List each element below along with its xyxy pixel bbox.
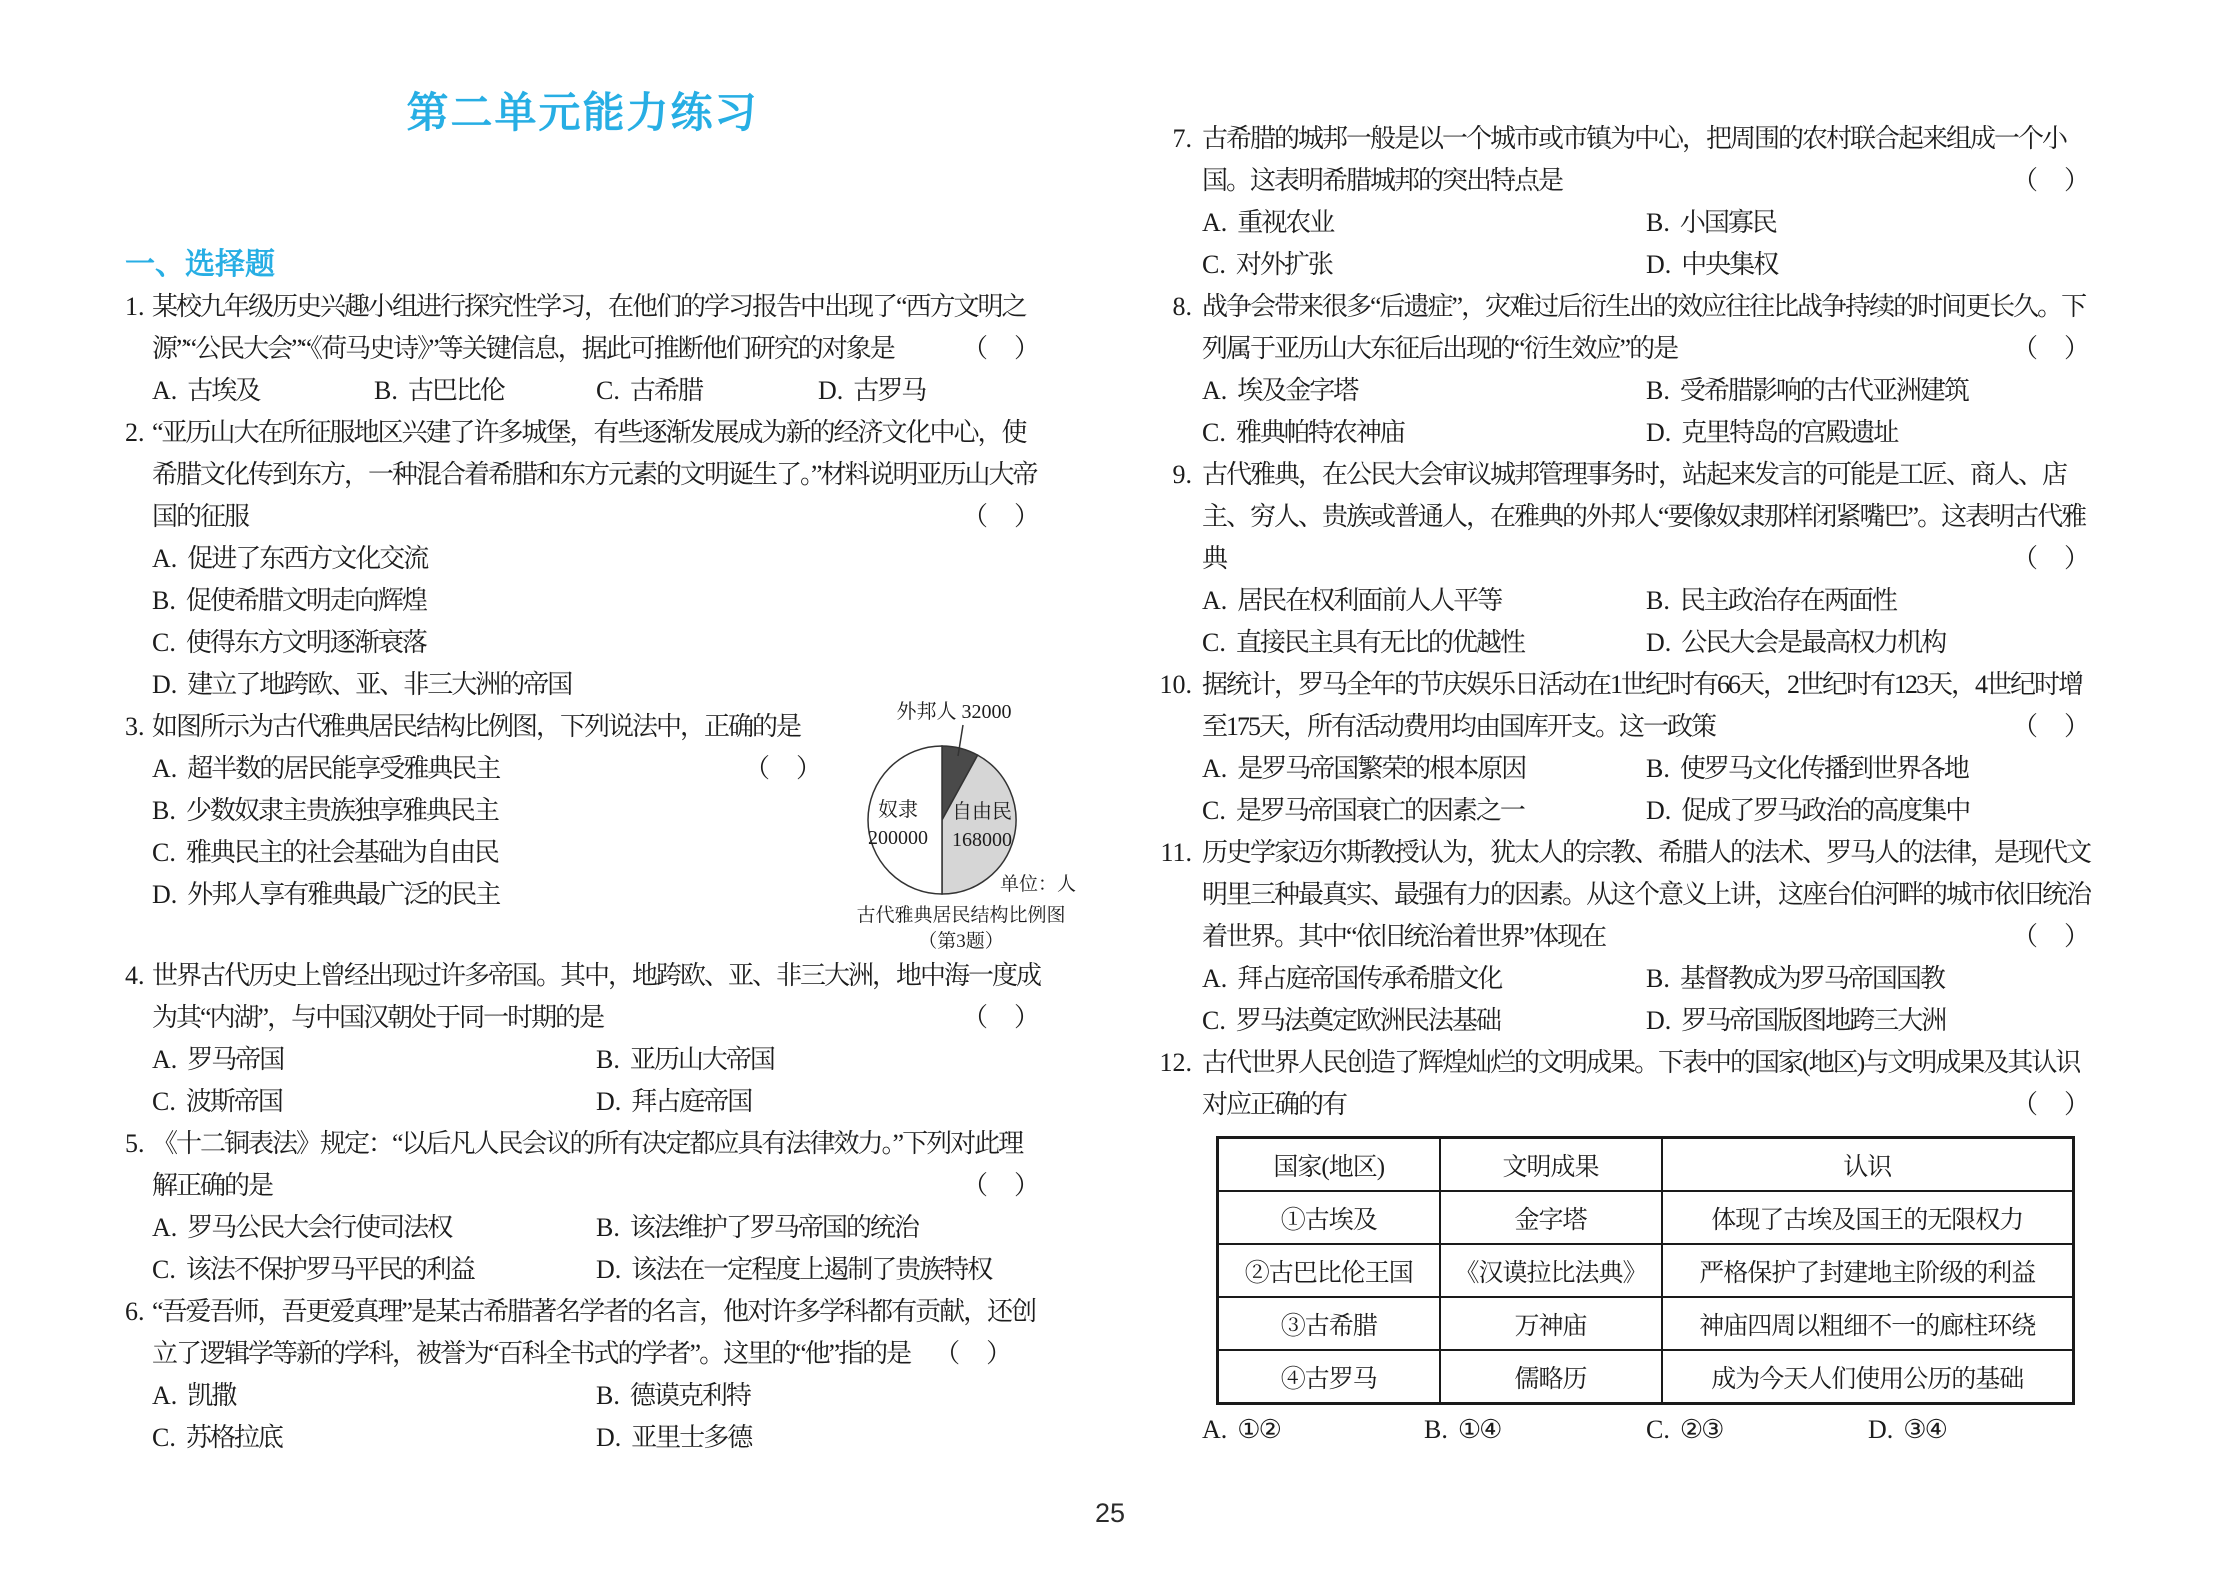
option-label: A. <box>1202 1415 1227 1444</box>
answer-bracket: （ ） <box>2012 1084 2090 1126</box>
option-11-A: A.拜占庭帝国传承希腊文化 <box>1202 958 1646 1000</box>
question-stem: 历史学家迈尔斯教授认为，犹太人的宗教、希腊人的法术、罗马人的法律，是现代文明里三… <box>1202 832 2090 958</box>
option-text: 基督教成为罗马帝国国教 <box>1680 964 1944 993</box>
question-body: “吾爱吾师，吾更爱真理”是某古希腊著名学者的名言，他对许多学科都有贡献，还创立了… <box>152 1291 1040 1459</box>
option-text: ②③ <box>1680 1415 1723 1444</box>
answer-bracket: （ ） <box>2012 916 2090 958</box>
table-cell: 神庙四周以粗细不一的廊柱环绕 <box>1662 1297 2074 1350</box>
question-number: 12. <box>1150 1042 1202 1451</box>
question-stem-text: 古代世界人民创造了辉煌灿烂的文明成果。下表中的国家(地区)与文明成果及其认识对应… <box>1202 1048 2079 1119</box>
option-text: 罗马帝国版图地跨三大洲 <box>1681 1006 1945 1035</box>
option-text: 克里特岛的宫殿遗址 <box>1681 418 1897 447</box>
option-label: B. <box>152 586 176 615</box>
question-stem-text: “亚历山大在所征服地区兴建了许多城堡，有些逐渐发展成为新的经济文化中心，使希腊文… <box>152 418 1037 531</box>
option-text: 雅典民主的社会基础为自由民 <box>186 838 498 867</box>
options-group: A.超半数的居民能享受雅典民主B.少数奴隶主贵族独享雅典民主C.雅典民主的社会基… <box>152 748 744 916</box>
option-7-C: C.对外扩张 <box>1202 244 1646 286</box>
answer-bracket: （ ） <box>2012 328 2090 370</box>
athens-population-figure: 外邦人 32000奴隶200000自由民168000单位：人古代雅典居民结构比例… <box>836 698 1086 955</box>
option-text: 使得东方文明逐渐衰落 <box>186 628 426 657</box>
option-text: 建立了地跨欧、亚、非三大洲的帝国 <box>187 670 571 699</box>
option-11-C: C.罗马法奠定欧洲民法基础 <box>1202 1000 1646 1042</box>
question-5: 5.《十二铜表法》规定：“以后凡人民会议的所有决定都应具有法律效力。”下列对此理… <box>125 1123 1040 1291</box>
option-12-C: C.②③ <box>1646 1409 1868 1451</box>
option-5-A: A.罗马公民大会行使司法权 <box>152 1207 596 1249</box>
option-label: A. <box>152 754 177 783</box>
answer-bracket: （ ） <box>962 1165 1040 1207</box>
option-label: B. <box>1646 208 1670 237</box>
option-text: 中央集权 <box>1681 250 1777 279</box>
option-label: D. <box>818 376 843 405</box>
question-stem-text: 某校九年级历史兴趣小组进行探究性学习，在他们的学习报告中出现了“西方文明之源”“… <box>152 292 1026 363</box>
option-label: B. <box>1646 754 1670 783</box>
option-6-C: C.苏格拉底 <box>152 1417 596 1459</box>
pie-chart: 外邦人 32000奴隶200000自由民168000单位：人 <box>836 698 1086 898</box>
question-number: 9. <box>1150 454 1202 664</box>
question-stem: 某校九年级历史兴趣小组进行探究性学习，在他们的学习报告中出现了“西方文明之源”“… <box>152 286 1040 370</box>
option-10-C: C.是罗马帝国衰亡的因素之一 <box>1202 790 1646 832</box>
question-stem-text: 《十二铜表法》规定：“以后凡人民会议的所有决定都应具有法律效力。”下列对此理解正… <box>152 1129 1022 1200</box>
option-text: 外邦人享有雅典最广泛的民主 <box>187 880 499 909</box>
option-label: A. <box>152 376 177 405</box>
worksheet-page: 第二单元能力练习 一、选择题 1.某校九年级历史兴趣小组进行探究性学习，在他们的… <box>0 0 2220 1571</box>
option-text: 罗马法奠定欧洲民法基础 <box>1236 1006 1500 1035</box>
option-10-B: B.使罗马文化传播到世界各地 <box>1646 748 2090 790</box>
option-label: D. <box>1868 1415 1893 1444</box>
question-10: 10.据统计，罗马全年的节庆娱乐日活动在1世纪时有66天，2世纪时有123天，4… <box>1150 664 2090 832</box>
option-label: B. <box>1646 586 1670 615</box>
option-text: 促进了东西方文化交流 <box>187 544 427 573</box>
option-8-B: B.受希腊影响的古代亚洲建筑 <box>1646 370 2090 412</box>
options-group: A.埃及金字塔B.受希腊影响的古代亚洲建筑C.雅典帕特农神庙D.克里特岛的宫殿遗… <box>1202 370 2090 454</box>
option-label: B. <box>596 1381 620 1410</box>
option-text: 波斯帝国 <box>186 1087 282 1116</box>
option-label: D. <box>1646 796 1671 825</box>
option-1-A: A.古埃及 <box>152 370 374 412</box>
option-2-C: C.使得东方文明逐渐衰落 <box>152 622 1040 664</box>
option-text: 古希腊 <box>630 376 702 405</box>
table-cell: 儒略历 <box>1440 1350 1662 1404</box>
options-group: A.①②B.①④C.②③D.③④ <box>1202 1409 2090 1451</box>
option-label: D. <box>596 1255 621 1284</box>
option-7-B: B.小国寡民 <box>1646 202 2090 244</box>
answer-bracket: （ ） <box>962 997 1040 1039</box>
option-label: D. <box>596 1423 621 1452</box>
pie-value-slaves: 200000 <box>868 827 928 849</box>
option-label: C. <box>152 1087 176 1116</box>
option-5-B: B.该法维护了罗马帝国的统治 <box>596 1207 1040 1249</box>
question-body: 古代雅典，在公民大会审议城邦管理事务时，站起来发言的可能是工匠、商人、店主、穷人… <box>1202 454 2090 664</box>
option-8-D: D.克里特岛的宫殿遗址 <box>1646 412 2090 454</box>
option-text: 对外扩张 <box>1236 250 1332 279</box>
option-10-A: A.是罗马帝国繁荣的根本原因 <box>1202 748 1646 790</box>
option-3-D: D.外邦人享有雅典最广泛的民主 <box>152 874 744 916</box>
question-body: 据统计，罗马全年的节庆娱乐日活动在1世纪时有66天，2世纪时有123天，4世纪时… <box>1202 664 2090 832</box>
option-label: A. <box>152 1213 177 1242</box>
pie-outside-label: 外邦人 32000 <box>897 700 1012 723</box>
question-number: 8. <box>1150 286 1202 454</box>
option-text: ①④ <box>1458 1415 1501 1444</box>
question-stem: 古希腊的城邦一般是以一个城市或市镇为中心，把周围的农村联合起来组成一个小国。这表… <box>1202 118 2090 202</box>
questions-left: 1.某校九年级历史兴趣小组进行探究性学习，在他们的学习报告中出现了“西方文明之源… <box>125 286 1040 1459</box>
question-stem: “吾爱吾师，吾更爱真理”是某古希腊著名学者的名言，他对许多学科都有贡献，还创立了… <box>152 1291 1040 1375</box>
question-stem: 《十二铜表法》规定：“以后凡人民会议的所有决定都应具有法律效力。”下列对此理解正… <box>152 1123 1040 1207</box>
table-cell: 万神庙 <box>1440 1297 1662 1350</box>
pie-value-free-citizens: 168000 <box>952 829 1012 851</box>
answer-bracket: （ ） <box>962 496 1040 538</box>
question-number: 1. <box>125 286 152 412</box>
question-stem-text: 历史学家迈尔斯教授认为，犹太人的宗教、希腊人的法术、罗马人的法律，是现代文明里三… <box>1202 838 2090 951</box>
pie-caption-subtitle: （第3题） <box>836 929 1086 955</box>
option-text: 亚里士多德 <box>631 1423 751 1452</box>
question-stem-text: 古希腊的城邦一般是以一个城市或市镇为中心，把周围的农村联合起来组成一个小国。这表… <box>1202 124 2066 195</box>
option-label: C. <box>152 628 176 657</box>
question-number: 2. <box>125 412 152 706</box>
option-3-B: B.少数奴隶主贵族独享雅典民主 <box>152 790 744 832</box>
question-stem: 古代雅典，在公民大会审议城邦管理事务时，站起来发言的可能是工匠、商人、店主、穷人… <box>1202 454 2090 580</box>
option-text: 苏格拉底 <box>186 1423 282 1452</box>
question-stem: 战争会带来很多“后遗症”，灾难过后衍生出的效应往往比战争持续的时间更长久。下列属… <box>1202 286 2090 370</box>
question-number: 6. <box>125 1291 152 1459</box>
question-stem: 古代世界人民创造了辉煌灿烂的文明成果。下表中的国家(地区)与文明成果及其认识对应… <box>1202 1042 2090 1126</box>
answer-bracket: （ ） <box>934 1339 1012 1368</box>
answer-bracket: （ ） <box>2012 538 2090 580</box>
option-4-B: B.亚历山大帝国 <box>596 1039 1040 1081</box>
table-cell: ①古埃及 <box>1218 1191 1440 1244</box>
options-group: A.促进了东西方文化交流B.促使希腊文明走向辉煌C.使得东方文明逐渐衰落D.建立… <box>152 538 1040 706</box>
option-label: A. <box>152 544 177 573</box>
question-9: 9.古代雅典，在公民大会审议城邦管理事务时，站起来发言的可能是工匠、商人、店主、… <box>1150 454 2090 664</box>
option-label: C. <box>152 838 176 867</box>
option-1-B: B.古巴比伦 <box>374 370 596 412</box>
option-1-C: C.古希腊 <box>596 370 818 412</box>
option-label: B. <box>1424 1415 1448 1444</box>
table-cell: 《汉谟拉比法典》 <box>1440 1244 1662 1297</box>
question-stem-text: 古代雅典，在公民大会审议城邦管理事务时，站起来发言的可能是工匠、商人、店主、穷人… <box>1202 460 2085 573</box>
question-stem: “亚历山大在所征服地区兴建了许多城堡，有些逐渐发展成为新的经济文化中心，使希腊文… <box>152 412 1040 538</box>
question-body: 古代世界人民创造了辉煌灿烂的文明成果。下表中的国家(地区)与文明成果及其认识对应… <box>1202 1042 2090 1451</box>
option-5-D: D.该法在一定程度上遏制了贵族特权 <box>596 1249 1040 1291</box>
question-stem: 据统计，罗马全年的节庆娱乐日活动在1世纪时有66天，2世纪时有123天，4世纪时… <box>1202 664 2090 748</box>
pie-unit-label: 单位：人 <box>1000 873 1076 895</box>
option-text: 是罗马帝国衰亡的因素之一 <box>1236 796 1524 825</box>
question-stem-text: 如图所示为古代雅典居民结构比例图，下列说法中，正确的是 <box>152 712 800 741</box>
option-label: B. <box>1646 964 1670 993</box>
answer-bracket: （ ） <box>744 748 822 790</box>
question-stem-text: 世界古代历史上曾经出现过许多帝国。其中，地跨欧、亚、非三大洲，地中海一度成为其“… <box>152 961 1040 1032</box>
table-cell: ④古罗马 <box>1218 1350 1440 1404</box>
option-9-C: C.直接民主具有无比的优越性 <box>1202 622 1646 664</box>
option-text: 小国寡民 <box>1680 208 1776 237</box>
question-1: 1.某校九年级历史兴趣小组进行探究性学习，在他们的学习报告中出现了“西方文明之源… <box>125 286 1040 412</box>
option-text: ③④ <box>1903 1415 1946 1444</box>
option-text: 居民在权利面前人人平等 <box>1237 586 1501 615</box>
option-label: A. <box>1202 208 1227 237</box>
option-label: C. <box>1202 628 1226 657</box>
table-header-cell: 文明成果 <box>1440 1138 1662 1192</box>
option-9-D: D.公民大会是最高权力机构 <box>1646 622 2090 664</box>
option-text: 少数奴隶主贵族独享雅典民主 <box>186 796 498 825</box>
question-number: 7. <box>1150 118 1202 286</box>
table-cell: ③古希腊 <box>1218 1297 1440 1350</box>
option-text: 古罗马 <box>853 376 925 405</box>
question-body: 战争会带来很多“后遗症”，灾难过后衍生出的效应往往比战争持续的时间更长久。下列属… <box>1202 286 2090 454</box>
question-stem: 世界古代历史上曾经出现过许多帝国。其中，地跨欧、亚、非三大洲，地中海一度成为其“… <box>152 955 1040 1039</box>
questions-right: 7.古希腊的城邦一般是以一个城市或市镇为中心，把周围的农村联合起来组成一个小国。… <box>1150 118 2090 1451</box>
option-label: A. <box>1202 586 1227 615</box>
options-group: A.古埃及B.古巴比伦C.古希腊D.古罗马 <box>152 370 1040 412</box>
options-group: A.凯撒B.德谟克利特C.苏格拉底D.亚里士多德 <box>152 1375 1040 1459</box>
option-text: 该法在一定程度上遏制了贵族特权 <box>631 1255 991 1284</box>
option-12-A: A.①② <box>1202 1409 1424 1451</box>
options-group: A.拜占庭帝国传承希腊文化B.基督教成为罗马帝国国教C.罗马法奠定欧洲民法基础D… <box>1202 958 2090 1042</box>
option-label: D. <box>1646 250 1671 279</box>
question-stem-text: 据统计，罗马全年的节庆娱乐日活动在1世纪时有66天，2世纪时有123天，4世纪时… <box>1202 670 2082 741</box>
question-body: “亚历山大在所征服地区兴建了许多城堡，有些逐渐发展成为新的经济文化中心，使希腊文… <box>152 412 1040 706</box>
question-body: 历史学家迈尔斯教授认为，犹太人的宗教、希腊人的法术、罗马人的法律，是现代文明里三… <box>1202 832 2090 1042</box>
question-8: 8.战争会带来很多“后遗症”，灾难过后衍生出的效应往往比战争持续的时间更长久。下… <box>1150 286 2090 454</box>
option-text: 受希腊影响的古代亚洲建筑 <box>1680 376 1968 405</box>
pie-label-free-citizens: 自由民 <box>952 800 1012 823</box>
option-4-C: C.波斯帝国 <box>152 1081 596 1123</box>
question-body: 世界古代历史上曾经出现过许多帝国。其中，地跨欧、亚、非三大洲，地中海一度成为其“… <box>152 955 1040 1123</box>
option-8-C: C.雅典帕特农神庙 <box>1202 412 1646 454</box>
option-label: C. <box>152 1255 176 1284</box>
question-3: 3.外邦人 32000奴隶200000自由民168000单位：人古代雅典居民结构… <box>125 706 1040 955</box>
option-label: D. <box>152 880 177 909</box>
table-header-row: 国家(地区)文明成果认识 <box>1218 1138 2074 1192</box>
option-3-C: C.雅典民主的社会基础为自由民 <box>152 832 744 874</box>
option-text: 埃及金字塔 <box>1237 376 1357 405</box>
option-5-C: C.该法不保护罗马平民的利益 <box>152 1249 596 1291</box>
option-label: C. <box>152 1423 176 1452</box>
option-label: C. <box>596 376 620 405</box>
option-label: C. <box>1646 1415 1670 1444</box>
option-label: A. <box>152 1045 177 1074</box>
question-6: 6.“吾爱吾师，吾更爱真理”是某古希腊著名学者的名言，他对许多学科都有贡献，还创… <box>125 1291 1040 1459</box>
option-label: A. <box>1202 964 1227 993</box>
option-10-D: D.促成了罗马政治的高度集中 <box>1646 790 2090 832</box>
question-number: 4. <box>125 955 152 1123</box>
option-label: C. <box>1202 1006 1226 1035</box>
option-label: A. <box>152 1381 177 1410</box>
option-text: 促成了罗马政治的高度集中 <box>1681 796 1969 825</box>
civilization-table: 国家(地区)文明成果认识①古埃及金字塔体现了古埃及国王的无限权力②古巴比伦王国《… <box>1216 1136 2075 1405</box>
table-row: ③古希腊万神庙神庙四周以粗细不一的廊柱环绕 <box>1218 1297 2074 1350</box>
option-label: D. <box>1646 418 1671 447</box>
option-text: 公民大会是最高权力机构 <box>1681 628 1945 657</box>
question-number: 11. <box>1150 832 1202 1042</box>
page-title: 第二单元能力练习 <box>125 90 1040 138</box>
answer-bracket: （ ） <box>962 328 1040 370</box>
option-text: 民主政治存在两面性 <box>1680 586 1896 615</box>
answer-bracket: （ ） <box>2012 706 2090 748</box>
option-label: B. <box>1646 376 1670 405</box>
pie-caption: 古代雅典居民结构比例图（第3题） <box>836 903 1086 955</box>
section-heading: 一、选择题 <box>125 244 1040 286</box>
option-12-D: D.③④ <box>1868 1409 2090 1451</box>
left-column: 第二单元能力练习 一、选择题 1.某校九年级历史兴趣小组进行探究性学习，在他们的… <box>125 0 1040 1459</box>
table-row: ②古巴比伦王国《汉谟拉比法典》严格保护了封建地主阶级的利益 <box>1218 1244 2074 1297</box>
table-cell: 成为今天人们使用公历的基础 <box>1662 1350 2074 1404</box>
option-7-A: A.重视农业 <box>1202 202 1646 244</box>
options-group: A.罗马公民大会行使司法权B.该法维护了罗马帝国的统治C.该法不保护罗马平民的利… <box>152 1207 1040 1291</box>
option-text: 拜占庭帝国 <box>631 1087 751 1116</box>
option-4-D: D.拜占庭帝国 <box>596 1081 1040 1123</box>
table-cell: 金字塔 <box>1440 1191 1662 1244</box>
option-label: D. <box>152 670 177 699</box>
question-body: 《十二铜表法》规定：“以后凡人民会议的所有决定都应具有法律效力。”下列对此理解正… <box>152 1123 1040 1291</box>
question-11: 11.历史学家迈尔斯教授认为，犹太人的宗教、希腊人的法术、罗马人的法律，是现代文… <box>1150 832 2090 1042</box>
option-label: C. <box>1202 418 1226 447</box>
options-group: A.居民在权利面前人人平等B.民主政治存在两面性C.直接民主具有无比的优越性D.… <box>1202 580 2090 664</box>
option-text: 促使希腊文明走向辉煌 <box>186 586 426 615</box>
answer-bracket: （ ） <box>2012 160 2090 202</box>
right-column: 7.古希腊的城邦一般是以一个城市或市镇为中心，把周围的农村联合起来组成一个小国。… <box>1150 0 2090 1451</box>
option-label: D. <box>1646 1006 1671 1035</box>
table-cell: 体现了古埃及国王的无限权力 <box>1662 1191 2074 1244</box>
option-label: A. <box>1202 754 1227 783</box>
question-number: 10. <box>1150 664 1202 832</box>
question-body: 古希腊的城邦一般是以一个城市或市镇为中心，把周围的农村联合起来组成一个小国。这表… <box>1202 118 2090 286</box>
options-group: A.罗马帝国B.亚历山大帝国C.波斯帝国D.拜占庭帝国 <box>152 1039 1040 1123</box>
options-group: A.是罗马帝国繁荣的根本原因B.使罗马文化传播到世界各地C.是罗马帝国衰亡的因素… <box>1202 748 2090 832</box>
question-number: 3. <box>125 706 152 955</box>
question-number: 5. <box>125 1123 152 1291</box>
option-label: C. <box>1202 796 1226 825</box>
option-text: 重视农业 <box>1237 208 1333 237</box>
option-text: 雅典帕特农神庙 <box>1236 418 1404 447</box>
option-label: A. <box>1202 376 1227 405</box>
option-label: D. <box>596 1087 621 1116</box>
table-cell: 严格保护了封建地主阶级的利益 <box>1662 1244 2074 1297</box>
option-12-B: B.①④ <box>1424 1409 1646 1451</box>
option-label: B. <box>374 376 398 405</box>
option-6-A: A.凯撒 <box>152 1375 596 1417</box>
option-6-B: B.德谟克利特 <box>596 1375 1040 1417</box>
option-2-B: B.促使希腊文明走向辉煌 <box>152 580 1040 622</box>
option-4-A: A.罗马帝国 <box>152 1039 596 1081</box>
options-group: A.重视农业B.小国寡民C.对外扩张D.中央集权 <box>1202 202 2090 286</box>
question-2: 2.“亚历山大在所征服地区兴建了许多城堡，有些逐渐发展成为新的经济文化中心，使希… <box>125 412 1040 706</box>
option-6-D: D.亚里士多德 <box>596 1417 1040 1459</box>
pie-caption-title: 古代雅典居民结构比例图 <box>836 903 1086 929</box>
option-1-D: D.古罗马 <box>818 370 1040 412</box>
table-header-cell: 认识 <box>1662 1138 2074 1192</box>
option-text: ①② <box>1237 1415 1280 1444</box>
option-text: 该法不保护罗马平民的利益 <box>186 1255 474 1284</box>
option-9-B: B.民主政治存在两面性 <box>1646 580 2090 622</box>
option-text: 超半数的居民能享受雅典民主 <box>187 754 499 783</box>
page-number: 25 <box>0 1498 2220 1529</box>
option-9-A: A.居民在权利面前人人平等 <box>1202 580 1646 622</box>
option-text: 该法维护了罗马帝国的统治 <box>630 1213 918 1242</box>
question-12: 12.古代世界人民创造了辉煌灿烂的文明成果。下表中的国家(地区)与文明成果及其认… <box>1150 1042 2090 1451</box>
question-body: 某校九年级历史兴趣小组进行探究性学习，在他们的学习报告中出现了“西方文明之源”“… <box>152 286 1040 412</box>
option-text: 罗马帝国 <box>187 1045 283 1074</box>
question-stem-text: 战争会带来很多“后遗症”，灾难过后衍生出的效应往往比战争持续的时间更长久。下列属… <box>1202 292 2085 363</box>
option-label: D. <box>1646 628 1671 657</box>
option-11-D: D.罗马帝国版图地跨三大洲 <box>1646 1000 2090 1042</box>
pie-label-slaves: 奴隶 <box>878 798 918 821</box>
option-label: B. <box>152 796 176 825</box>
option-text: 凯撒 <box>187 1381 235 1410</box>
option-text: 德谟克利特 <box>630 1381 750 1410</box>
table-header-cell: 国家(地区) <box>1218 1138 1440 1192</box>
option-2-A: A.促进了东西方文化交流 <box>152 538 1040 580</box>
option-3-A: A.超半数的居民能享受雅典民主 <box>152 748 744 790</box>
question-4: 4.世界古代历史上曾经出现过许多帝国。其中，地跨欧、亚、非三大洲，地中海一度成为… <box>125 955 1040 1123</box>
option-11-B: B.基督教成为罗马帝国国教 <box>1646 958 2090 1000</box>
option-text: 罗马公民大会行使司法权 <box>187 1213 451 1242</box>
question-body: 外邦人 32000奴隶200000自由民168000单位：人古代雅典居民结构比例… <box>152 706 1040 955</box>
table-cell: ②古巴比伦王国 <box>1218 1244 1440 1297</box>
option-text: 拜占庭帝国传承希腊文化 <box>1237 964 1501 993</box>
option-text: 是罗马帝国繁荣的根本原因 <box>1237 754 1525 783</box>
question-stem-text: “吾爱吾师，吾更爱真理”是某古希腊著名学者的名言，他对许多学科都有贡献，还创立了… <box>152 1297 1035 1368</box>
question-7: 7.古希腊的城邦一般是以一个城市或市镇为中心，把周围的农村联合起来组成一个小国。… <box>1150 118 2090 286</box>
option-text: 古埃及 <box>187 376 259 405</box>
option-8-A: A.埃及金字塔 <box>1202 370 1646 412</box>
table-row: ①古埃及金字塔体现了古埃及国王的无限权力 <box>1218 1191 2074 1244</box>
option-7-D: D.中央集权 <box>1646 244 2090 286</box>
option-text: 古巴比伦 <box>408 376 504 405</box>
option-label: B. <box>596 1213 620 1242</box>
option-label: C. <box>1202 250 1226 279</box>
option-text: 使罗马文化传播到世界各地 <box>1680 754 1968 783</box>
table-row: ④古罗马儒略历成为今天人们使用公历的基础 <box>1218 1350 2074 1404</box>
option-text: 直接民主具有无比的优越性 <box>1236 628 1524 657</box>
option-label: B. <box>596 1045 620 1074</box>
option-text: 亚历山大帝国 <box>630 1045 774 1074</box>
